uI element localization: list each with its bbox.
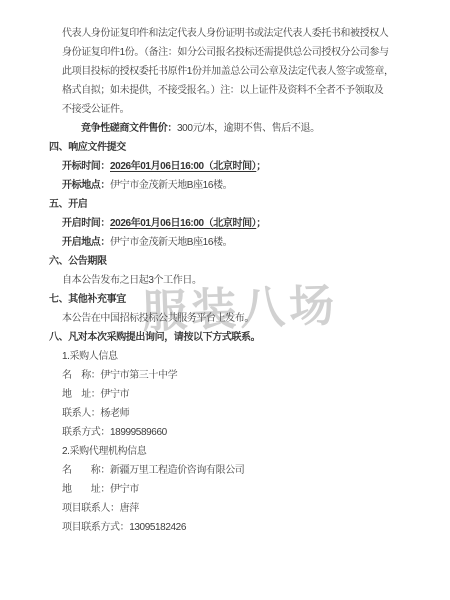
- paragraph-line: 此项目投标的授权委托书原件1份并加盖总公司公章及法定代表人签字或签章，: [62, 62, 394, 81]
- purchaser-address-line: 地 址：伊宁市: [62, 385, 394, 404]
- open-place-line: 开启地点：伊宁市金茂新天地B座16楼。: [62, 233, 394, 252]
- section-heading-opening: 五、开启: [49, 195, 394, 214]
- open-time-value: 2026年01月06日16:00（北京时间）: [110, 218, 256, 229]
- bid-open-place-label: 开标地点：: [62, 180, 110, 191]
- open-place-label: 开启地点：: [62, 237, 110, 248]
- agency-address-label: 地 址：: [62, 484, 110, 495]
- purchaser-name-label: 名 称：: [62, 370, 100, 381]
- section-heading-contact: 八、凡对本次采购提出询问，请按以下方式联系。: [49, 328, 394, 347]
- bid-open-time-suffix: ；: [256, 161, 266, 172]
- announcement-period-body: 自本公告发布之日起3个工作日。: [62, 271, 394, 290]
- bid-open-time-label: 开标时间：: [62, 161, 110, 172]
- purchaser-info-title: 1.采购人信息: [62, 347, 394, 366]
- paragraph-line: 格式自拟；如未提供，不接受报名。）注：以上证件及资料不全者不予领取及: [62, 81, 394, 100]
- other-matters-body: 本公告在中国招标投标公共服务平台上发布。: [62, 309, 394, 328]
- price-value: 300元/本，逾期不售、售后不退。: [177, 123, 320, 134]
- bid-open-place-line: 开标地点：伊宁市金茂新天地B座16楼。: [62, 176, 394, 195]
- purchaser-address-value: 伊宁市: [100, 389, 129, 400]
- bid-open-time-value: 2026年01月06日16:00（北京时间）: [110, 161, 256, 172]
- agency-name-value: 新疆万里工程造价咨询有限公司: [110, 465, 244, 476]
- agency-name-label: 名 称：: [62, 465, 110, 476]
- section-heading-announcement-period: 六、公告期限: [49, 252, 394, 271]
- agency-contact-phone-label: 项目联系方式：: [62, 522, 129, 533]
- purchaser-contact-phone-label: 联系方式：: [62, 427, 110, 438]
- document-page: 服装八场 代表人身份证复印件和法定代表人身份证明书或法定代表人委托书和被授权人 …: [0, 0, 450, 600]
- open-time-suffix: ；: [256, 218, 266, 229]
- bid-open-place-value: 伊宁市金茂新天地B座16楼。: [110, 180, 232, 191]
- agency-contact-person-label: 项目联系人：: [62, 503, 120, 514]
- open-time-line: 开启时间：2026年01月06日16:00（北京时间）；: [62, 214, 394, 233]
- open-place-value: 伊宁市金茂新天地B座16楼。: [110, 237, 232, 248]
- purchaser-contact-person-label: 联系人：: [62, 408, 100, 419]
- section-heading-other-matters: 七、其他补充事宜: [49, 290, 394, 309]
- agency-name-line: 名 称：新疆万里工程造价咨询有限公司: [62, 461, 394, 480]
- agency-contact-person-value: 唐萍: [120, 503, 139, 514]
- agency-address-line: 地 址：伊宁市: [62, 480, 394, 499]
- price-label: 竞争性磋商文件售价：: [81, 123, 177, 134]
- open-time-label: 开启时间：: [62, 218, 110, 229]
- agency-contact-phone-line: 项目联系方式：13095182426: [62, 518, 394, 537]
- agency-address-value: 伊宁市: [110, 484, 139, 495]
- purchaser-address-label: 地 址：: [62, 389, 100, 400]
- paragraph-line: 不接受公证件。: [62, 100, 394, 119]
- purchaser-name-line: 名 称：伊宁市第三十中学: [62, 366, 394, 385]
- paragraph-line: 身份证复印件1份。（备注：如分公司报名投标还需提供总公司授权分公司参与: [62, 43, 394, 62]
- document-content: 代表人身份证复印件和法定代表人身份证明书或法定代表人委托书和被授权人 身份证复印…: [62, 24, 394, 537]
- section-heading-response-submission: 四、响应文件提交: [49, 138, 394, 157]
- purchaser-contact-phone-value: 18999589660: [110, 427, 167, 438]
- paragraph-line: 代表人身份证复印件和法定代表人身份证明书或法定代表人委托书和被授权人: [62, 24, 394, 43]
- purchaser-name-value: 伊宁市第三十中学: [100, 370, 177, 381]
- agency-info-title: 2.采购代理机构信息: [62, 442, 394, 461]
- agency-contact-person-line: 项目联系人：唐萍: [62, 499, 394, 518]
- document-price-line: 竞争性磋商文件售价：300元/本，逾期不售、售后不退。: [62, 119, 394, 138]
- bid-open-time-line: 开标时间：2026年01月06日16:00（北京时间）；: [62, 157, 394, 176]
- purchaser-contact-person-value: 杨老师: [100, 408, 129, 419]
- purchaser-contact-person-line: 联系人：杨老师: [62, 404, 394, 423]
- purchaser-contact-phone-line: 联系方式：18999589660: [62, 423, 394, 442]
- agency-contact-phone-value: 13095182426: [129, 522, 186, 533]
